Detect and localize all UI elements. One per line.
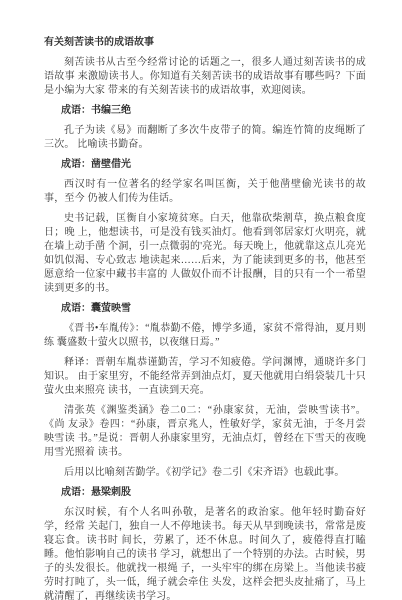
section-paragraph: 孔子为读《易》而翻断了多次牛皮带子的简。编连竹简的皮绳断了三次。 比喻读书勤奋。 [44, 124, 366, 152]
intro-paragraph: 刻苦读书从古至今经常讨论的话题之一，很多人通过刻苦读书的成语故事 来激励读书人。… [44, 56, 366, 98]
section-zaobijieguang: 成语：凿壁借光 西汉时有一位著名的经学家名叫匡衡，关于他凿壁偷光读书的故事，至今… [44, 158, 366, 296]
page-title: 有关刻苦读书的成语故事 [44, 36, 366, 50]
section-shubiansanjue: 成语：书编三绝 孔子为读《易》而翻断了多次牛皮带子的简。编连竹简的皮绳断了三次。… [44, 104, 366, 152]
section-nangyingyingxue: 成语：囊萤映雪 《晋书•车胤传》：“胤恭勤不倦，博学多通，家贫不常得油，夏月则练… [44, 302, 366, 480]
section-paragraph: 《晋书•车胤传》：“胤恭勤不倦，博学多通，家贫不常得油，夏月则练 囊盛数十萤火以… [44, 322, 366, 350]
section-paragraph: 西汉时有一位著名的经学家名叫匡衡，关于他凿壁偷光读书的故事，至今 仍被人们传为佳… [44, 178, 366, 206]
document-page: 有关刻苦读书的成语故事 刻苦读书从古至今经常讨论的话题之一，很多人通过刻苦读书的… [0, 0, 402, 600]
section-paragraph: 清张英《渊鉴类涵》卷二0二：“孙康家贫，无油，尝映雪读书”。《尚 友录》卷四：“… [44, 404, 366, 460]
section-heading: 成语：囊萤映雪 [44, 302, 366, 316]
section-paragraph: 史书记载，匡衡自小家境贫寒。白天，他靠砍柴割草，换点粮食度日；晚 上，他想读书，… [44, 212, 366, 296]
section-paragraph: 东汉时候，有个人名叫孙敬，是著名的政治家。他年轻时勤奋好学，经常 关起门，独自一… [44, 506, 366, 600]
section-paragraph: 释译：晋朝车胤恭谨勤苦，学习不知疲倦。学问渊博，通晓许多门知识。 由于家里穷，不… [44, 356, 366, 398]
section-xuanliangcigu: 成语：悬梁刺股 东汉时候，有个人名叫孙敬，是著名的政治家。他年轻时勤奋好学，经常… [44, 486, 366, 600]
section-heading: 成语：凿壁借光 [44, 158, 366, 172]
document-content: 有关刻苦读书的成语故事 刻苦读书从古至今经常讨论的话题之一，很多人通过刻苦读书的… [0, 0, 402, 600]
section-paragraph: 后用以比喻刻苦勤学。《初学记》卷二引《宋齐语》也载此事。 [44, 466, 366, 480]
section-heading: 成语：书编三绝 [44, 104, 366, 118]
section-heading: 成语：悬梁刺股 [44, 486, 366, 500]
